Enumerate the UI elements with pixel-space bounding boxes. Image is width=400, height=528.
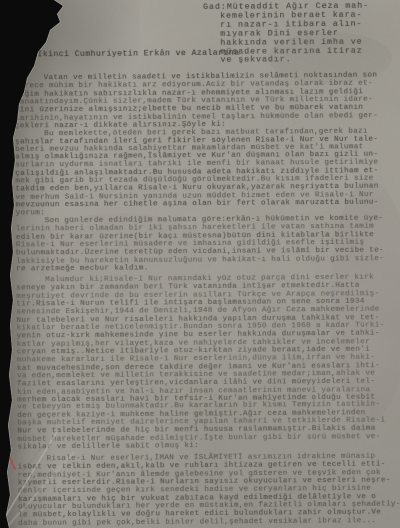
paragraph: Malumdur ki;Risale-i Nur namındaki yüz o… [16, 275, 399, 453]
paragraph: Bu memlekette,öteden beri gerek bazı mat… [15, 128, 398, 218]
text-line: sikalar ve delillerle sabit olmuş ki: [17, 442, 399, 453]
typewritten-content: Gad:Müteaddit Ağır Ceza mah-kemelerinin … [0, 0, 400, 528]
letter-body: Vatan ve milletin saadeti ve istikbalimi… [15, 72, 400, 527]
paragraph: Vatan ve milletin saadeti ve istikbalimi… [15, 72, 397, 131]
letter-heading: İkinci Cumhuriyetin Erkân ve Azalarına [37, 49, 239, 60]
paper-sheet: Gad:Müteaddit Ağır Ceza mah-kemelerinin … [0, 0, 400, 528]
text-line: daha bunun gibi pek çok,belki binler del… [18, 517, 400, 528]
paragraph: Son günlerde edindiğim malumata göre:erk… [16, 215, 398, 274]
text-line: re arzetmeğe mecbur kaldım. [16, 263, 398, 274]
paragraph: Risale-i Nur eserleri,İMAN ve İSLÂMİYETİ… [18, 454, 400, 528]
scanned-letter-page: Gad:Müteaddit Ağır Ceza mah-kemelerinin … [0, 0, 400, 528]
